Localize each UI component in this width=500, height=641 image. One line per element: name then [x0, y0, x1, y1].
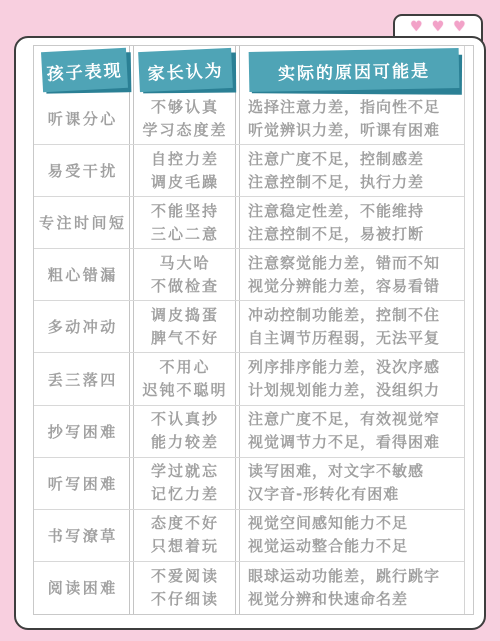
behavior-cell: 粗心错漏	[34, 249, 129, 300]
parent-cell: 自控力差调皮毛躁	[129, 145, 235, 196]
cell-line: 学过就忘	[149, 460, 219, 483]
cell-line: 不仔细读	[149, 588, 219, 611]
table-row: 粗心错漏 马大哈不做检查 注意察觉能力差，错而不知视觉分辨能力差，容易看错	[34, 249, 464, 301]
table-row: 书写潦草 态度不好只想着玩 视觉空间感知能力不足视觉运动整合能力不足	[34, 510, 464, 562]
cell-line: 迟钝不聪明	[140, 379, 227, 402]
cell-line: 不能坚持	[149, 200, 219, 223]
reason-cell: 眼球运动功能差，跳行跳字视觉分辨和快速命名差	[235, 562, 464, 614]
cell-line: 多动冲动	[45, 316, 118, 337]
cell-line: 记忆力差	[149, 483, 219, 506]
cell-line: 不认真抄	[149, 408, 219, 431]
cell-line: 冲动控制功能差，控制不住	[248, 304, 440, 327]
header-ribbon: 孩子表现	[41, 48, 128, 92]
cell-line: 听觉辨识力差，听课有困难	[248, 119, 440, 142]
cell-line: 注意广度不足，有效视觉窄	[248, 408, 440, 431]
cell-line: 不用心	[157, 356, 210, 379]
cell-line: 列序排序能力差，没次序感	[248, 356, 440, 379]
behavior-cell: 书写潦草	[34, 510, 129, 561]
cell-line: 书写潦草	[45, 525, 118, 546]
cell-line: 态度不好	[149, 512, 219, 535]
table-header: 孩子表现 家长认为 实际的原因可能是	[34, 50, 464, 92]
cell-line: 注意控制不足，执行力差	[248, 171, 424, 194]
cell-line: 自主调节历程弱，无法平复	[248, 327, 440, 350]
reason-cell: 冲动控制功能差，控制不住自主调节历程弱，无法平复	[235, 301, 464, 352]
table-row: 抄写困难 不认真抄能力较差 注意广度不足，有效视觉窄视觉调节力不足，看得困难	[34, 406, 464, 458]
table-row: 易受干扰 自控力差调皮毛躁 注意广度不足，控制感差注意控制不足，执行力差	[34, 145, 464, 197]
header-label: 家长认为	[147, 56, 224, 84]
reason-cell: 视觉空间感知能力不足视觉运动整合能力不足	[235, 510, 464, 561]
cell-line: 视觉运动整合能力不足	[248, 535, 408, 558]
header-behavior: 孩子表现	[42, 50, 127, 90]
parent-cell: 不爱阅读不仔细读	[129, 562, 235, 614]
behavior-reason-table: 孩子表现 家长认为 实际的原因可能是	[34, 46, 465, 614]
parent-cell: 态度不好只想着玩	[129, 510, 235, 561]
cell-line: 能力较差	[149, 431, 219, 454]
table-row: 阅读困难 不爱阅读不仔细读 眼球运动功能差，跳行跳字视觉分辨和快速命名差	[34, 562, 464, 614]
cell-line: 眼球运动功能差，跳行跳字	[248, 565, 440, 588]
cell-line: 调皮毛躁	[149, 171, 219, 194]
reason-cell: 注意广度不足，有效视觉窄视觉调节力不足，看得困难	[235, 406, 464, 457]
cell-line: 注意控制不足，易被打断	[248, 223, 424, 246]
cell-line: 粗心错漏	[45, 264, 118, 285]
cell-line: 不爱阅读	[149, 565, 219, 588]
cell-line: 听写困难	[45, 473, 118, 494]
behavior-cell: 阅读困难	[34, 562, 129, 614]
header-parent-view: 家长认为	[139, 50, 232, 90]
behavior-cell: 抄写困难	[34, 406, 129, 457]
behavior-cell: 多动冲动	[34, 301, 129, 352]
cell-line: 专注时间短	[36, 212, 126, 233]
reason-cell: 列序排序能力差，没次序感计划规划能力差，没组织力	[235, 353, 464, 404]
cell-line: 丢三落四	[45, 369, 118, 390]
header-ribbon: 家长认为	[138, 48, 233, 92]
reason-cell: 选择注意力差，指向性不足听觉辨识力差，听课有困难	[235, 93, 464, 144]
parent-cell: 不够认真学习态度差	[129, 93, 235, 144]
cell-line: 汉字音-形转化有困难	[248, 483, 399, 506]
infographic-page: ♥ ♥ ♥ 孩子表现 家长认为	[0, 0, 500, 641]
behavior-cell: 听写困难	[34, 458, 129, 509]
cell-line: 学习态度差	[140, 119, 227, 142]
cell-line: 不做检查	[149, 275, 219, 298]
header-label: 孩子表现	[46, 56, 123, 85]
table-row: 听写困难 学过就忘记忆力差 读写困难，对文字不敏感汉字音-形转化有困难	[34, 458, 464, 510]
cell-line: 注意广度不足，控制感差	[248, 148, 424, 171]
cell-line: 视觉调节力不足，看得困难	[248, 431, 440, 454]
cell-line: 计划规划能力差，没组织力	[248, 379, 440, 402]
reason-cell: 注意稳定性差，不能维持注意控制不足，易被打断	[235, 197, 464, 248]
cell-line: 选择注意力差，指向性不足	[248, 96, 440, 119]
parent-cell: 调皮捣蛋脾气不好	[129, 301, 235, 352]
header-actual-reason: 实际的原因可能是	[249, 50, 459, 90]
table-row: 听课分心 不够认真学习态度差 选择注意力差，指向性不足听觉辨识力差，听课有困难	[34, 93, 464, 145]
cell-line: 易受干扰	[45, 160, 118, 181]
reason-cell: 注意广度不足，控制感差注意控制不足，执行力差	[235, 145, 464, 196]
cell-line: 马大哈	[157, 252, 210, 275]
cell-line: 抄写困难	[45, 421, 118, 442]
table-body: 听课分心 不够认真学习态度差 选择注意力差，指向性不足听觉辨识力差，听课有困难 …	[34, 93, 464, 614]
parent-cell: 不用心迟钝不聪明	[129, 353, 235, 404]
cell-line: 三心二意	[149, 223, 219, 246]
table-row: 丢三落四 不用心迟钝不聪明 列序排序能力差，没次序感计划规划能力差，没组织力	[34, 353, 464, 405]
parent-cell: 马大哈不做检查	[129, 249, 235, 300]
reason-cell: 读写困难，对文字不敏感汉字音-形转化有困难	[235, 458, 464, 509]
behavior-cell: 丢三落四	[34, 353, 129, 404]
heart-icon: ♥	[453, 19, 466, 35]
cell-line: 视觉分辨和快速命名差	[248, 588, 408, 611]
parent-cell: 学过就忘记忆力差	[129, 458, 235, 509]
reason-cell: 注意察觉能力差，错而不知视觉分辨能力差，容易看错	[235, 249, 464, 300]
cell-line: 调皮捣蛋	[149, 304, 219, 327]
behavior-cell: 易受干扰	[34, 145, 129, 196]
cell-line: 视觉空间感知能力不足	[248, 512, 408, 535]
cell-line: 自控力差	[149, 148, 219, 171]
cell-line: 视觉分辨能力差，容易看错	[248, 275, 440, 298]
cell-line: 读写困难，对文字不敏感	[248, 460, 424, 483]
cell-line: 注意稳定性差，不能维持	[248, 200, 424, 223]
parent-cell: 不认真抄能力较差	[129, 406, 235, 457]
header-ribbon: 实际的原因可能是	[249, 48, 460, 92]
cell-line: 阅读困难	[45, 577, 118, 598]
behavior-cell: 专注时间短	[34, 197, 129, 248]
table-card: 孩子表现 家长认为 实际的原因可能是	[14, 36, 486, 630]
cell-line: 脾气不好	[149, 327, 219, 350]
heart-icon: ♥	[432, 19, 445, 35]
header-label: 实际的原因可能是	[278, 56, 430, 84]
table-row: 多动冲动 调皮捣蛋脾气不好 冲动控制功能差，控制不住自主调节历程弱，无法平复	[34, 301, 464, 353]
cell-line: 听课分心	[45, 108, 118, 129]
cell-line: 不够认真	[149, 96, 219, 119]
heart-icon: ♥	[410, 19, 423, 35]
parent-cell: 不能坚持三心二意	[129, 197, 235, 248]
cell-line: 注意察觉能力差，错而不知	[248, 252, 440, 275]
behavior-cell: 听课分心	[34, 93, 129, 144]
cell-line: 只想着玩	[149, 535, 219, 558]
table-row: 专注时间短 不能坚持三心二意 注意稳定性差，不能维持注意控制不足，易被打断	[34, 197, 464, 249]
